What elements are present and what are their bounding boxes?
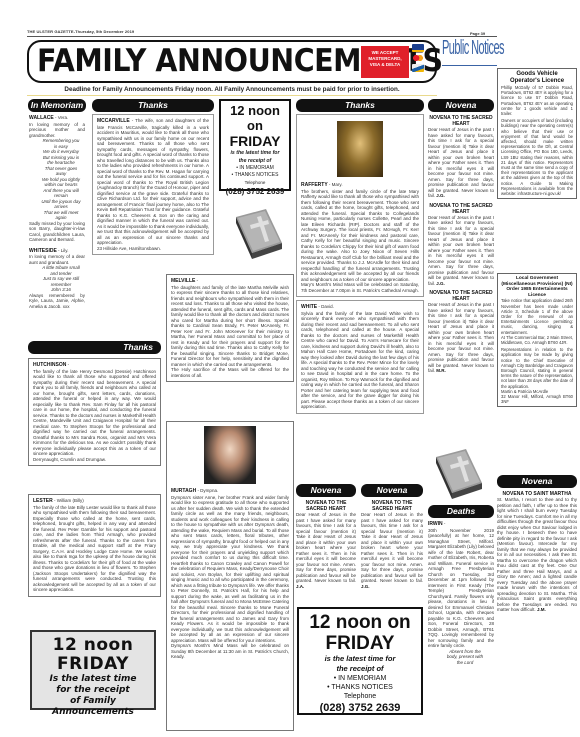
entry-signoff: Always remembered by Kyle, Laura, Jamie,…	[29, 293, 85, 310]
novena-column: Novena NOVENA TO THE SACRED HEART Dear H…	[428, 99, 494, 374]
noon-line: 12 noon	[32, 636, 154, 655]
novena-block-a: Novena NOVENA TO THE SACRED HEART Dear H…	[296, 484, 356, 589]
entry-closing: The Holy sacrifice of the Mass will be o…	[171, 367, 289, 378]
entry-text: The family of the late Billy Lester woul…	[33, 505, 156, 593]
entry-text: Dympna's sister Anne, her brother Frank …	[171, 495, 289, 644]
novena-item: NOVENA TO THE SACRED HEART Dear Heart of…	[428, 290, 494, 374]
novena-initials: J.G.	[436, 193, 445, 198]
novena-text: Dear Heart of Jesus in the past I have a…	[428, 127, 494, 198]
telephone-label: Telephone	[299, 692, 421, 701]
visa-icon	[412, 44, 424, 52]
noon-line: for the receipt	[32, 685, 154, 696]
entry-name: WHITESIDE	[29, 248, 57, 254]
bible-icon	[228, 205, 288, 270]
delta-icon	[412, 64, 424, 72]
noon-day: FRIDAY	[299, 633, 421, 654]
novena-text: Dear Heart of Jesus in the past I have a…	[361, 512, 423, 583]
section-header-novena: Novena	[361, 484, 423, 497]
section-header-thanks: Thanks	[296, 99, 424, 112]
entry-name: LESTER	[33, 498, 53, 504]
bible-icon	[428, 445, 488, 510]
entry-name: MCCARVILLE	[97, 118, 130, 124]
telephone-label: Telephone	[221, 179, 289, 187]
entry-text: The brothers, sister and family circle o…	[301, 189, 419, 283]
thanks-column-left: Thanks MCCARVILLE - The wife, son and da…	[92, 99, 214, 255]
novena-initials: J.A.	[296, 584, 304, 589]
noon-day: FRIDAY	[221, 133, 289, 149]
noon-line: is the latest time for	[221, 149, 289, 157]
poem-line: Just to say we still	[37, 276, 85, 282]
entry-name: HUTCHINSON	[33, 362, 66, 368]
section-header-novena: Novena	[296, 484, 356, 497]
memoriam-entry-wallace: WALLACE - Vera. In loving memory of a pr…	[28, 112, 86, 246]
thanks-entry-lester: LESTER - William (Billy) The family of t…	[28, 494, 161, 597]
telephone-number: (028) 3752 2639	[221, 187, 289, 197]
entry-signoff: Derrynaught, Crumlin and Drumgaw.	[33, 457, 156, 463]
novena-initials: J.G.	[361, 584, 370, 589]
novena-item: NOVENA TO THE SACRED HEART Dear Heart of…	[428, 203, 494, 287]
portrait-photo	[204, 426, 256, 484]
notice-title: Goods Vehicle Operator's Licence	[501, 71, 573, 85]
entry-text: Sylvia and the family of the late David …	[301, 311, 419, 410]
notice-text: Take notice that application dated 26th …	[501, 298, 573, 334]
noon-item: • IN MEMORIAM	[221, 165, 289, 172]
noon-line: 12 noon on	[221, 103, 289, 133]
novena-initials: M.R.	[436, 368, 446, 373]
novena-initials: J.G.	[436, 281, 445, 286]
section-header-thanks: Thanks	[92, 99, 214, 112]
entry-sub: - Lily.	[57, 248, 69, 253]
novena-st-martha: Novena NOVENA TO SAINT MARTHA St. Martha…	[497, 475, 577, 613]
novena-block-b: Novena NOVENA TO THE SACRED HEART Dear H…	[361, 484, 423, 589]
thanks-entry-murtagh: MURTAGH - Dympna. Dympna's sister Anne, …	[166, 421, 294, 731]
mastercard-icon	[412, 54, 424, 62]
noon-line: the receipt of	[221, 157, 289, 165]
entry-text: - The wife, son and daughters of the lat…	[97, 118, 209, 245]
entry-name: RAFFERTY	[301, 182, 328, 188]
public-notices-rule	[442, 65, 497, 66]
entry-sub: - William (Billy)	[53, 498, 84, 503]
novena-text: Dear Heart of Jesus in the past I have a…	[296, 512, 356, 583]
portrait-photo	[337, 121, 383, 177]
deaths-column: Deaths IRWIN - 30th November 2019 (peace…	[428, 505, 494, 665]
death-entry-irwin: IRWIN - 30th November 2019 (peacefully) …	[428, 518, 494, 665]
entry-intro: In loving memory of a dear aunt and gran…	[29, 254, 85, 265]
thanks-entry-mccarville: MCCARVILLE - The wife, son and daughters…	[92, 114, 214, 255]
noon-line: of Family	[32, 696, 154, 707]
noon-item: • THANKS NOTICES	[221, 172, 289, 179]
notice-text: Phillip McDally of 57 Dobbin Road, Porta…	[501, 85, 573, 116]
thanks-entry-melville: MELVILLE - The daughters and family of t…	[166, 274, 294, 382]
noon-day: FRIDAY	[32, 655, 154, 674]
novena-title: NOVENA TO THE SACRED HEART	[428, 203, 494, 215]
poem-line: within our hearts	[37, 182, 85, 188]
novena-text: Dear Heart of Jesus in the past I have a…	[428, 215, 494, 286]
family-announcements-deadline-box: 12 noon FRIDAY Is the latest time for th…	[30, 630, 156, 710]
noon-item: • THANKS NOTICES	[299, 683, 421, 692]
section-header-thanks-2: Thanks	[28, 341, 161, 354]
poem-line: A little tribute small	[37, 265, 85, 271]
payment-line: VISA & DELTA	[361, 62, 409, 68]
telephone-number: (028) 3752 2639	[299, 701, 421, 715]
section-header-novena: Novena	[428, 99, 494, 112]
entry-closing: Dympna's Month's Mind Mass will be celeb…	[171, 643, 289, 660]
novena-title: NOVENA TO THE SACRED HEART	[361, 500, 423, 512]
notice-text: Owners or occupiers of land (including b…	[501, 118, 573, 196]
entry-text: 30th November 2019 (peacefully) at her h…	[428, 528, 494, 649]
thanks-entry-hutchinson: HUTCHINSON - The family of the late Henr…	[28, 358, 161, 466]
publication-dateline: THE ULSTER GAZETTE-Thursday, 5th Decembe…	[27, 29, 134, 34]
section-header-in-memoriam: In Memoriam	[28, 99, 86, 112]
entry-name: MURTAGH	[171, 488, 196, 494]
poem-line: Remembering you	[37, 138, 85, 144]
entry-intro: In loving memory of a precious mother an…	[29, 122, 85, 139]
entry-sub: - Mary.	[328, 182, 343, 187]
entry-sub: -	[66, 362, 69, 367]
entry-address: 23 Hillside Ave, Hamiltonsbawn.	[97, 246, 209, 252]
novena-title: NOVENA TO THE SACRED HEART	[296, 500, 356, 512]
novena-title: NOVENA TO THE SACRED HEART	[428, 290, 494, 302]
card-logos	[410, 42, 426, 80]
notice-entertainments-licence: Local Government (Miscellaneous Provisio…	[497, 273, 577, 407]
novena-text: Dear Heart of Jesus in the past I have a…	[428, 302, 494, 373]
novena-text: St. Martha, I resort to thee and to thy …	[497, 497, 577, 612]
deadline-notice-box: 12 noon on FRIDAY is the latest time for…	[219, 99, 291, 191]
notice-text: At The Commercial Bar, 2 Main Street, Mi…	[501, 335, 573, 345]
entry-sub: - Dympna.	[196, 488, 218, 493]
thanks-column-right: Thanks RAFFERTY - Mary. The brothers, si…	[296, 99, 424, 414]
memoriam-entry-whiteside: WHITESIDE - Lily. In loving memory of a …	[28, 246, 86, 312]
memorial-poem: Absent from the body, present with the L…	[428, 649, 494, 666]
poem-line: We do it everyday	[37, 149, 85, 155]
entry-name: WHITE	[301, 304, 317, 310]
novena-title: NOVENA TO THE SACRED HEART	[428, 115, 494, 127]
notice-text: Representations in relation to the appli…	[501, 347, 573, 389]
in-memoriam-column: In Memoriam WALLACE - Vera. In loving me…	[28, 99, 86, 311]
poem-line: the Lord	[436, 660, 494, 666]
entry-name: WALLACE	[29, 115, 54, 121]
entry-text: The daughters and family of the late Mar…	[171, 285, 289, 368]
section-header-novena: Novena	[497, 475, 577, 488]
thanks-entry-white: WHITE - David. Sylvia and the family of …	[296, 300, 424, 414]
noon-item: • IN MEMORIAM	[299, 674, 421, 683]
payment-badge: WE ACCEPT MASTERCARD, VISA & DELTA	[361, 46, 409, 78]
entry-name: IRWIN	[428, 521, 443, 527]
noon-line: Announcements	[32, 707, 154, 718]
deadline-notice-box-2: 12 noon on FRIDAY is the latest time for…	[297, 607, 423, 715]
deadline-notice: Deadline for Family Announcements Friday…	[27, 86, 437, 93]
noon-line: the receipt of	[299, 664, 421, 674]
public-notices-title: Public Notices	[442, 37, 472, 60]
entry-closing: Mary's Month's Mind Mass will be celebra…	[301, 282, 419, 293]
novena-item: NOVENA TO THE SACRED HEART Dear Heart of…	[428, 115, 494, 199]
masthead-rule	[27, 36, 497, 37]
noon-line: Is the latest time	[32, 674, 154, 685]
noon-line: 12 noon on	[299, 612, 421, 633]
noon-line: is the latest time for	[299, 654, 421, 664]
notice-title: Local Government (Miscellaneous Provisio…	[501, 276, 573, 298]
entry-sub: - Vera.	[54, 115, 69, 120]
entry-signoff: Sadly missed by your loving son Barry, d…	[29, 221, 85, 243]
entry-name: MELVILLE	[171, 278, 195, 284]
memorial-poem: A little tribute small and tender Just t…	[29, 265, 85, 293]
notice-address: 32 Manor Hill, Milford, Armagh BT60 3NF	[501, 394, 573, 404]
header-label: Thanks	[123, 342, 153, 352]
thanks-entry-rafferty: RAFFERTY - Mary. The brothers, sister an…	[296, 114, 424, 297]
notice-goods-vehicle-licence: Goods Vehicle Operator's Licence Phillip…	[497, 68, 577, 199]
entry-sub: -	[195, 278, 198, 283]
section-header-deaths: Deaths	[428, 505, 494, 518]
novena-initials: J.M.	[537, 607, 546, 612]
entry-sub: - David.	[317, 304, 334, 309]
entry-text: The family of the late Henry Desmond (De…	[33, 369, 156, 457]
entry-sub: -	[443, 521, 446, 526]
deadline-rule	[27, 95, 437, 96]
memorial-poem: Remembering you is easy We do it everyda…	[29, 138, 85, 221]
